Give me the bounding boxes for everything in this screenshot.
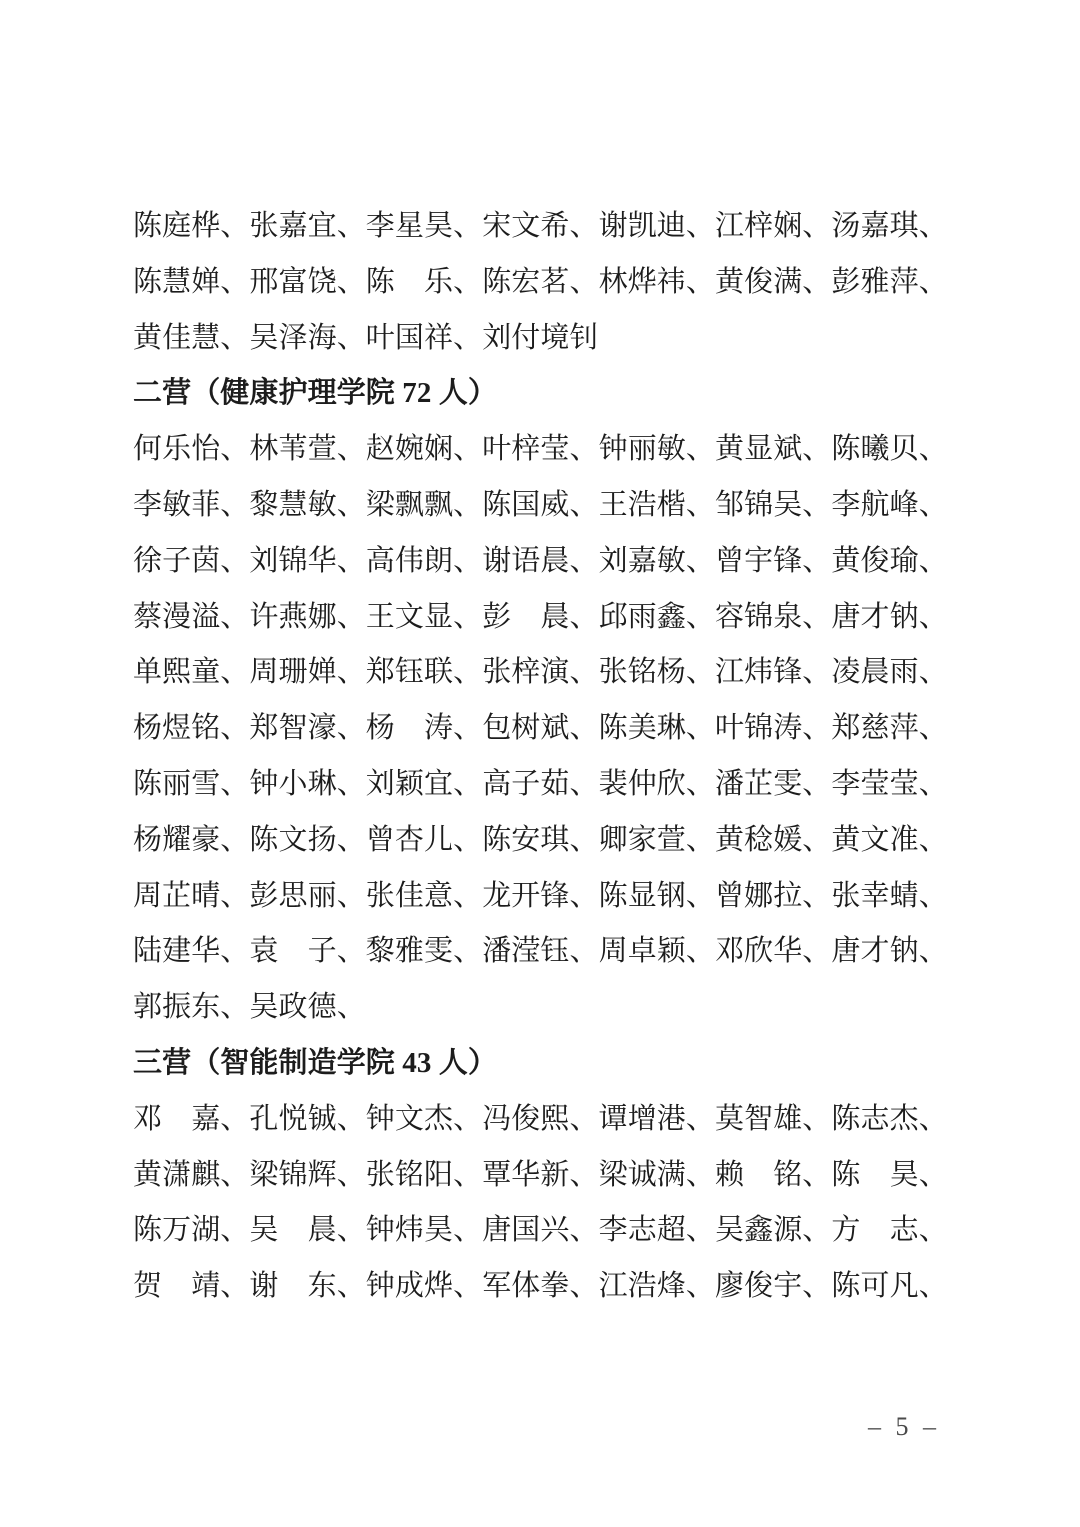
roster-line: 陆建华、袁 子、黎雅雯、潘滢钰、周卓颖、邓欣华、唐才钠、: [133, 924, 951, 980]
roster-line: 贺 靖、谢 东、钟成烨、军体拳、江浩烽、廖俊宇、陈可凡、: [133, 1259, 951, 1315]
roster-line: 杨耀豪、陈文扬、曾杏儿、陈安琪、卿家萱、黄稔媛、黄文准、: [133, 813, 951, 869]
roster-line: 李敏菲、黎慧敏、梁飘飘、陈国威、王浩楷、邹锦吴、李航峰、: [133, 478, 951, 534]
page-number: – 5 –: [868, 1410, 940, 1444]
roster-line: 郭振东、吴政德、: [133, 980, 951, 1036]
roster-line: 黄佳慧、吴泽海、叶国祥、刘付境钊: [133, 311, 951, 367]
roster-line: 单熙童、周珊婵、郑钰联、张梓演、张铭杨、江炜锋、凌晨雨、: [133, 645, 951, 701]
roster-line: 何乐怡、林苇萱、赵婉娴、叶梓莹、钟丽敏、黄显斌、陈曦贝、: [133, 422, 951, 478]
document-page: 陈庭桦、张嘉宜、李星昊、宋文希、谢凯迪、江梓娴、汤嘉琪、 陈慧婵、邢富饶、陈 乐…: [0, 0, 1080, 1527]
roster-line: 陈万湖、吴 晨、钟炜昊、唐国兴、李志超、吴鑫源、方 志、: [133, 1203, 951, 1259]
name-roster: 陈庭桦、张嘉宜、李星昊、宋文希、谢凯迪、江梓娴、汤嘉琪、 陈慧婵、邢富饶、陈 乐…: [133, 199, 951, 1315]
section-heading-battalion-2: 二营（健康护理学院 72 人）: [133, 366, 951, 422]
roster-line: 杨煜铭、郑智濠、杨 涛、包树斌、陈美琳、叶锦涛、郑慈萍、: [133, 701, 951, 757]
roster-line: 周芷晴、彭思丽、张佳意、龙开锋、陈显钢、曾娜拉、张幸蜻、: [133, 869, 951, 925]
roster-line: 陈庭桦、张嘉宜、李星昊、宋文希、谢凯迪、江梓娴、汤嘉琪、: [133, 199, 951, 255]
roster-line: 黄潇麒、梁锦辉、张铭阳、覃华新、梁诚满、赖 铭、陈 昊、: [133, 1148, 951, 1204]
roster-line: 陈丽雪、钟小琳、刘颖宜、高子茹、裴仲欣、潘芷雯、李莹莹、: [133, 757, 951, 813]
roster-line: 蔡漫溢、许燕娜、王文显、彭 晨、邱雨鑫、容锦泉、唐才钠、: [133, 590, 951, 646]
roster-line: 邓 嘉、孔悦铖、钟文杰、冯俊熙、谭增港、莫智雄、陈志杰、: [133, 1092, 951, 1148]
roster-line: 陈慧婵、邢富饶、陈 乐、陈宏茗、林烨祎、黄俊满、彭雅萍、: [133, 255, 951, 311]
roster-line: 徐子茵、刘锦华、高伟朗、谢语晨、刘嘉敏、曾宇锋、黄俊瑜、: [133, 534, 951, 590]
section-heading-battalion-3: 三营（智能制造学院 43 人）: [133, 1036, 951, 1092]
